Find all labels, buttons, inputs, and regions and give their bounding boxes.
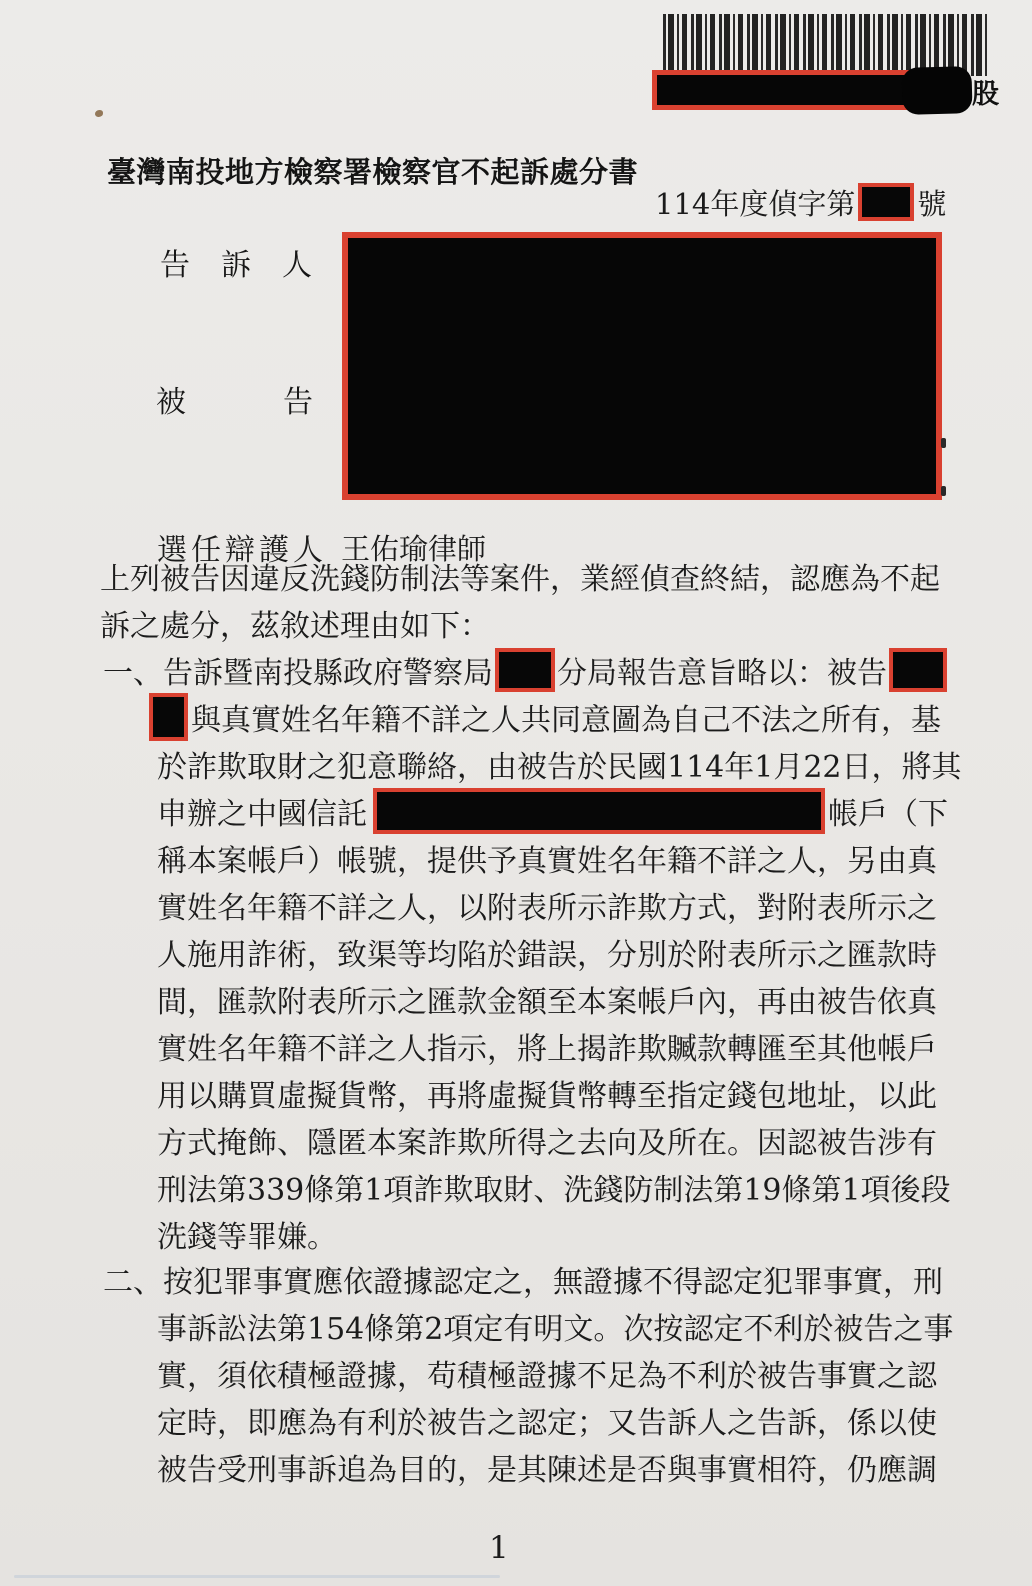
body-line-section1: 間，匯款附表所示之匯款金額至本案帳戶內，再由被告依真 [157,976,937,1022]
redaction-defendant-name [889,648,947,692]
body-line-section1: 用以購買虛擬貨幣，再將虛擬貨幣轉至指定錢包地址，以此 [157,1070,937,1116]
body-line-section1: 申辦之中國信託 帳戶（下 [157,788,948,834]
body-line-section2: 被告受刑事訴追為目的，是其陳述是否與事實相符，仍應調 [157,1444,937,1490]
redaction-precinct-name [495,648,555,692]
case-number-prefix: 114年度偵字第 [655,182,855,223]
body-line: 上列被告因違反洗錢防制法等案件，業經偵查終結，認應為不起 [100,553,940,599]
document-title: 臺灣南投地方檢察署檢察官不起訴處分書 [107,150,638,191]
body-line-section1: 於詐欺取財之犯意聯絡，由被告於民國114年1月22日，將其 [157,741,962,787]
body-line-section1: 方式掩飾、隱匿本案詐欺所得之去向及所在。因認被告涉有 [157,1117,937,1163]
body-line-section1: 刑法第339條第1項詐欺取財、洗錢防制法第19條第1項後段 [157,1164,951,1210]
complainant-label: 告訴人 [160,240,343,284]
body-line-section1: 實姓名年籍不詳之人指示，將上揭詐欺贓款轉匯至其他帳戶 [157,1023,937,1069]
stamp-unit-label: 股 [972,72,999,111]
case-number-line: 114年度偵字第 號 [655,180,946,224]
body-line-section2: 定時，即應為有利於被告之認定；又告訴人之告訴，係以使 [157,1397,937,1443]
body-line-section1: 人施用詐術，致渠等均陷於錯誤，分別於附表所示之匯款時 [157,929,937,975]
case-number-suffix: 號 [917,182,946,223]
scan-artifact [941,486,946,496]
scan-edge-line [14,1575,500,1578]
redaction-bank-account-number [373,788,825,834]
redaction-case-stamp-bar [652,70,940,110]
body-line-section2: 二、按犯罪事實應依證據認定之，無證據不得認定犯罪事實，刑 [103,1256,943,1302]
body-line-section1: 稱本案帳戶）帳號，提供予真實姓名年籍不詳之人，另由真 [157,835,937,881]
body-line-section2: 實，須依積極證據，苟積極證據不足為不利於被告事實之認 [157,1350,937,1396]
body-line-section1: 一、告訴暨南投縣政府警察局 分局報告意旨略以：被告 [103,647,947,693]
body-line: 訴之處分，茲敘述理由如下： [100,600,490,646]
redaction-parties-identities [342,232,942,500]
scanned-legal-document-page: 股 臺灣南投地方檢察署檢察官不起訴處分書 114年度偵字第 號 告訴人 被告 選… [0,0,1032,1586]
redaction-case-number [858,183,914,221]
redaction-defendant-name [149,693,188,741]
page-number: 1 [489,1530,509,1566]
body-line-section1: 與真實姓名年籍不詳之人共同意圖為自己不法之所有，基 [149,694,941,740]
scan-artifact [941,438,946,448]
redaction-stamp-blob [901,66,972,115]
body-line-section2: 事訴訟法第154條第2項定有明文。次按認定不利於被告之事 [157,1303,953,1349]
body-line-section1: 洗錢等罪嫌。 [157,1211,337,1257]
body-line-section1: 實姓名年籍不詳之人，以附表所示詐欺方式，對附表所示之 [157,882,937,928]
scan-speck [95,110,103,117]
